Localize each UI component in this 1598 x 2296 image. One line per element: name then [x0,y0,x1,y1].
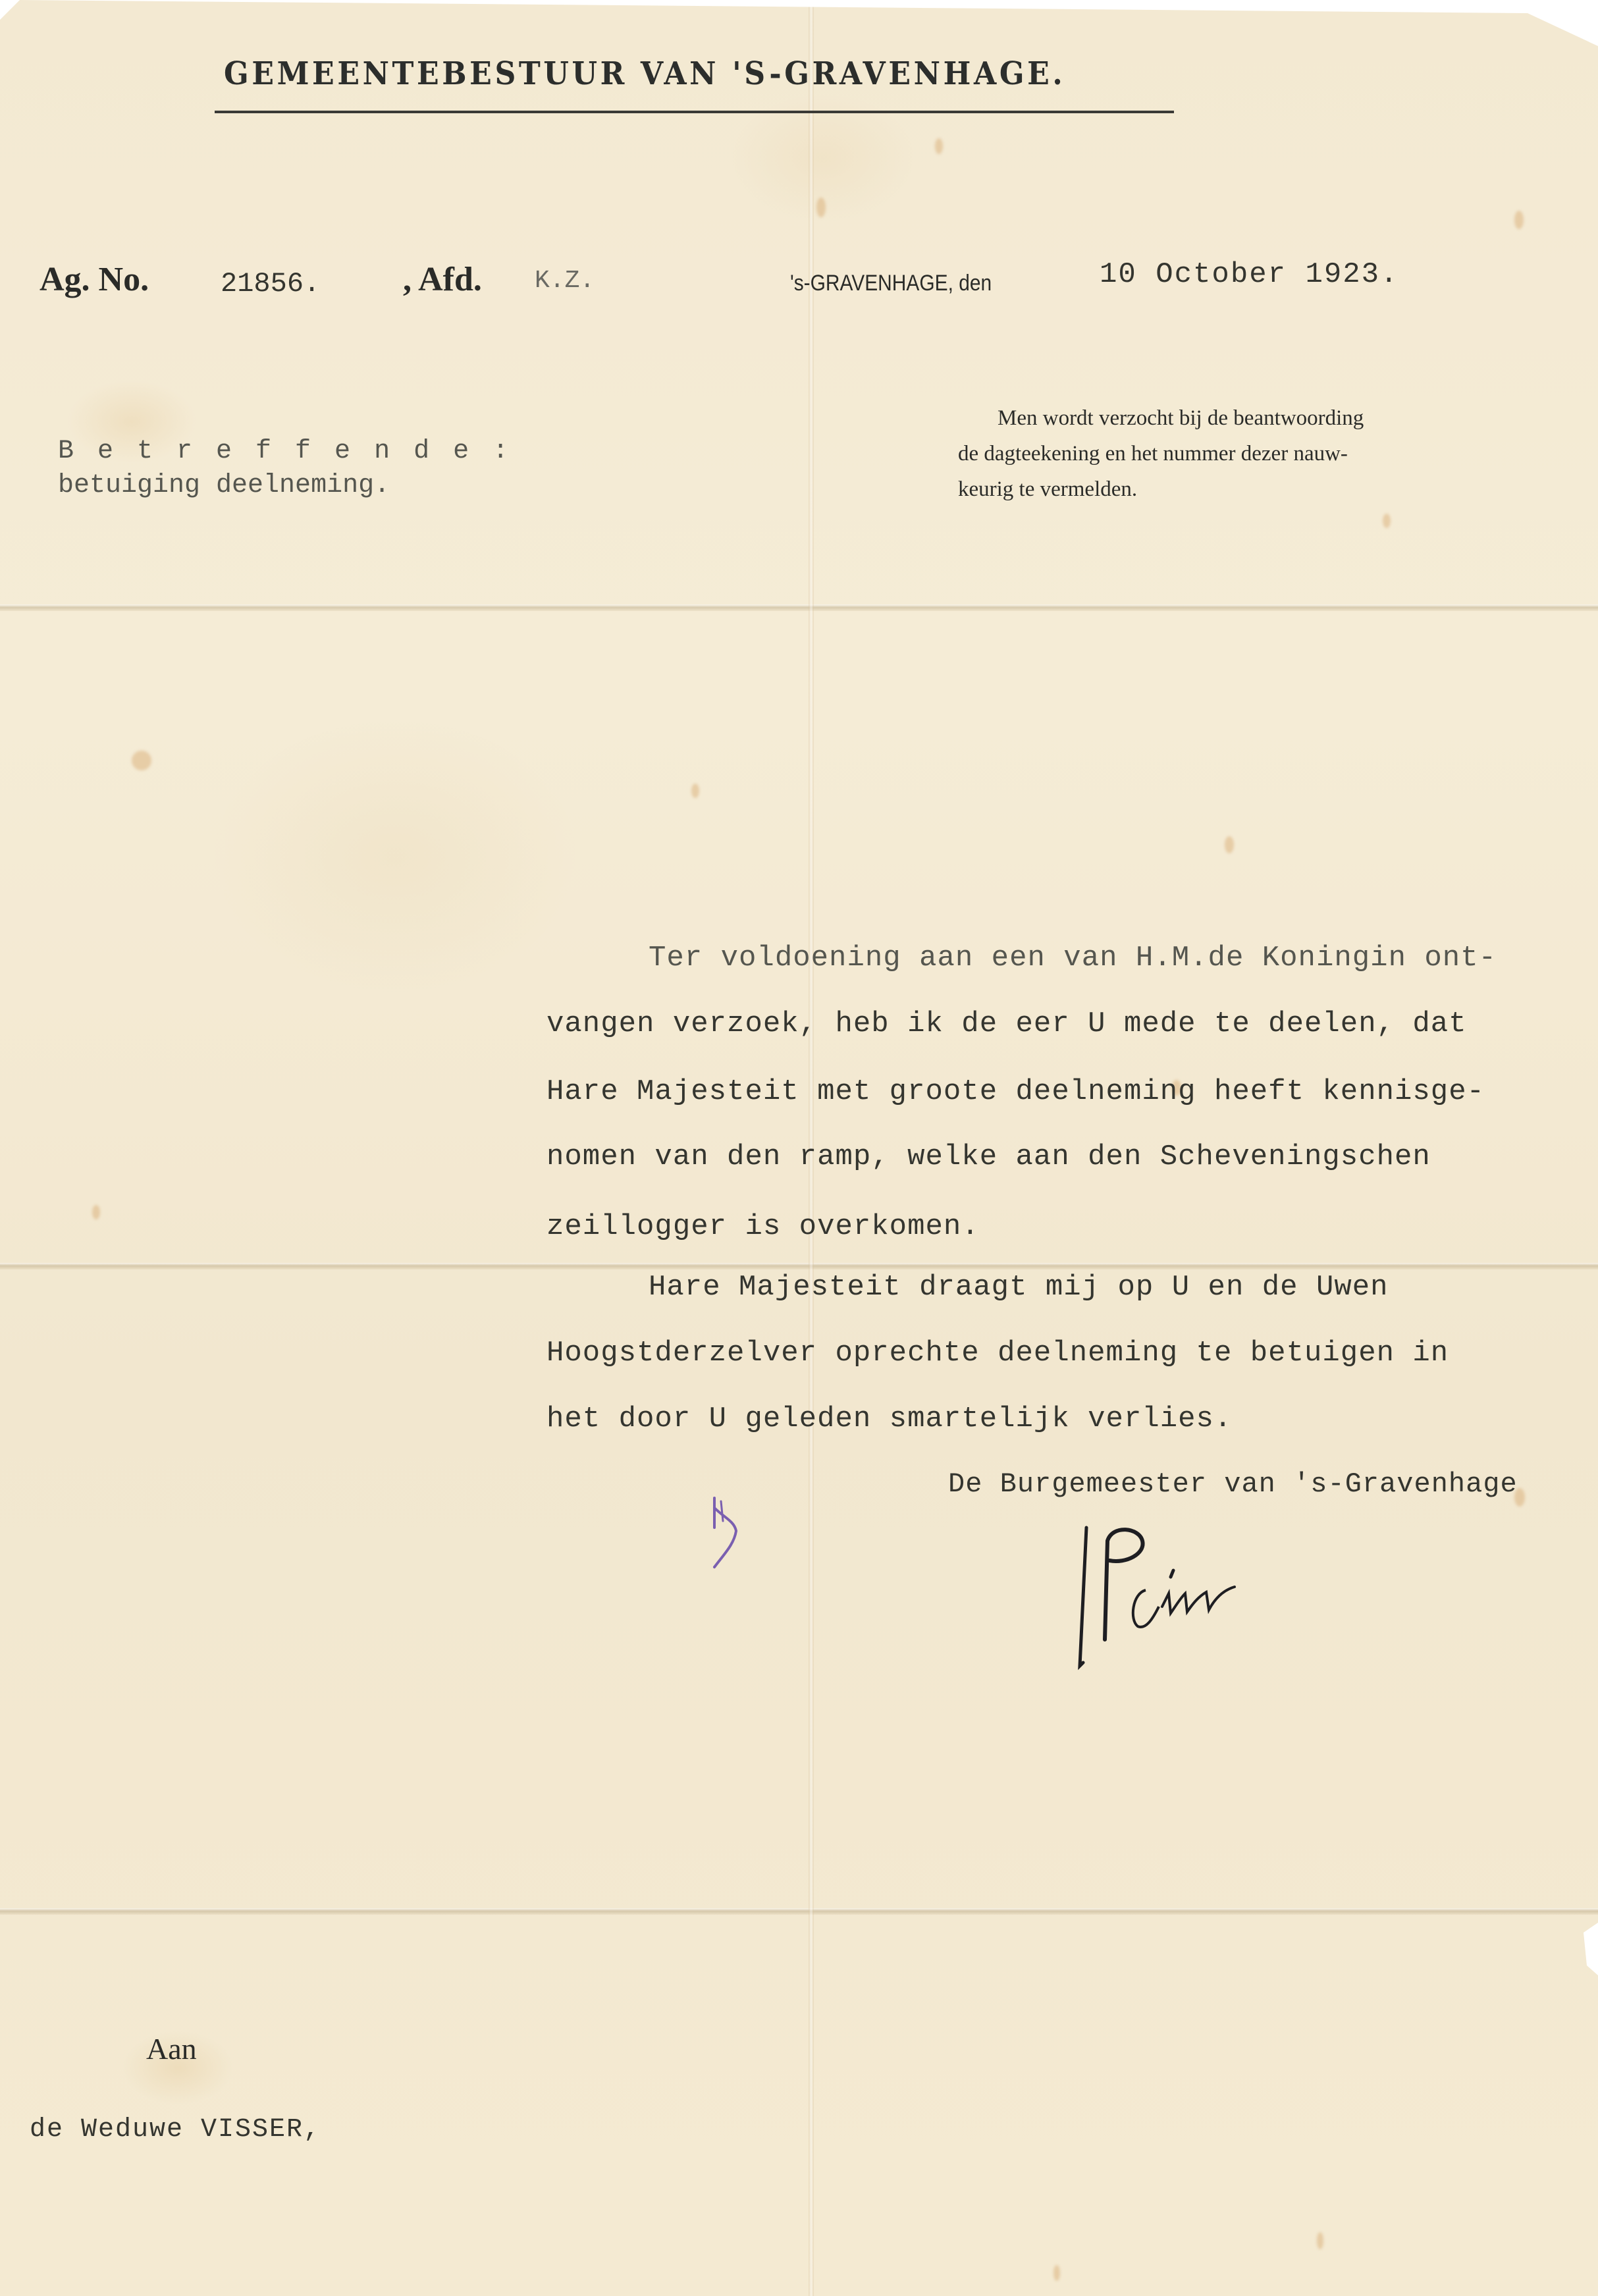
body-line: vangen verzoek, heb ik de eer U mede te … [546,1007,1467,1040]
subject-block: B e t r e f f e n d e : betuiging deelne… [58,435,512,503]
signatory-title: De Burgemeester van 's-Gravenhage [948,1468,1518,1500]
body-line: nomen van den ramp, welke aan den Scheve… [546,1140,1431,1173]
stain-spot [691,784,699,798]
letter-date: 10 October 1923. [1100,258,1398,291]
stain-spot [1383,514,1391,528]
stain-spot [816,198,826,217]
body-line: Ter voldoening aan een van H.M.de Koning… [649,942,1497,974]
notice-line: keurig te vermelden. [958,471,1485,507]
fold-line-top [0,604,1598,611]
stain-spot [935,138,943,154]
stain-spot [1514,211,1524,229]
ag-number-label: Ag. No. [40,260,149,299]
body-line: Hare Majesteit draagt mij op U en de Uwe… [649,1271,1389,1304]
signature-icon [1053,1514,1330,1712]
purple-annotation-mark [685,1495,757,1580]
stain-spot [1225,836,1234,853]
notice-line: Men wordt verzocht bij de beantwoording [958,400,1485,436]
notice-line: de dagteekening en het nummer dezer nauw… [958,436,1485,471]
body-line: zeillogger is overkomen. [546,1210,980,1243]
stain-spot [1317,2232,1323,2249]
body-line: Hare Majesteit met groote deelneming hee… [546,1075,1485,1108]
recipient-label: Aan [146,2031,197,2066]
recipient-name: de Weduwe VISSER, [30,2115,321,2145]
place-label: 's-GRAVENHAGE, den [790,271,992,296]
letterhead-title: GEMEENTEBESTUUR VAN 'S-GRAVENHAGE. [224,55,1193,92]
body-line: Hoogstderzelver oprechte deelneming te b… [546,1337,1449,1370]
stain-spot [92,1205,100,1219]
reply-notice: Men wordt verzocht bij de beantwoording … [958,400,1485,507]
subject-label: B e t r e f f e n d e : [58,435,512,469]
fold-line-bottom [0,1908,1598,1915]
letterhead-rule [215,111,1174,113]
subject-value: betuiging deelneming. [58,469,512,503]
afd-value: K.Z. [535,267,595,295]
ag-number-value: 21856. [221,268,320,300]
stain-spot [132,751,151,770]
stain-spot [1053,2265,1060,2281]
fold-line-middle [0,1263,1598,1269]
letter-paper: GEMEENTEBESTUUR VAN 'S-GRAVENHAGE. Ag. N… [0,0,1598,2296]
body-line: het door U geleden smartelijk verlies. [546,1402,1232,1435]
afd-label: , Afd. [403,260,482,299]
